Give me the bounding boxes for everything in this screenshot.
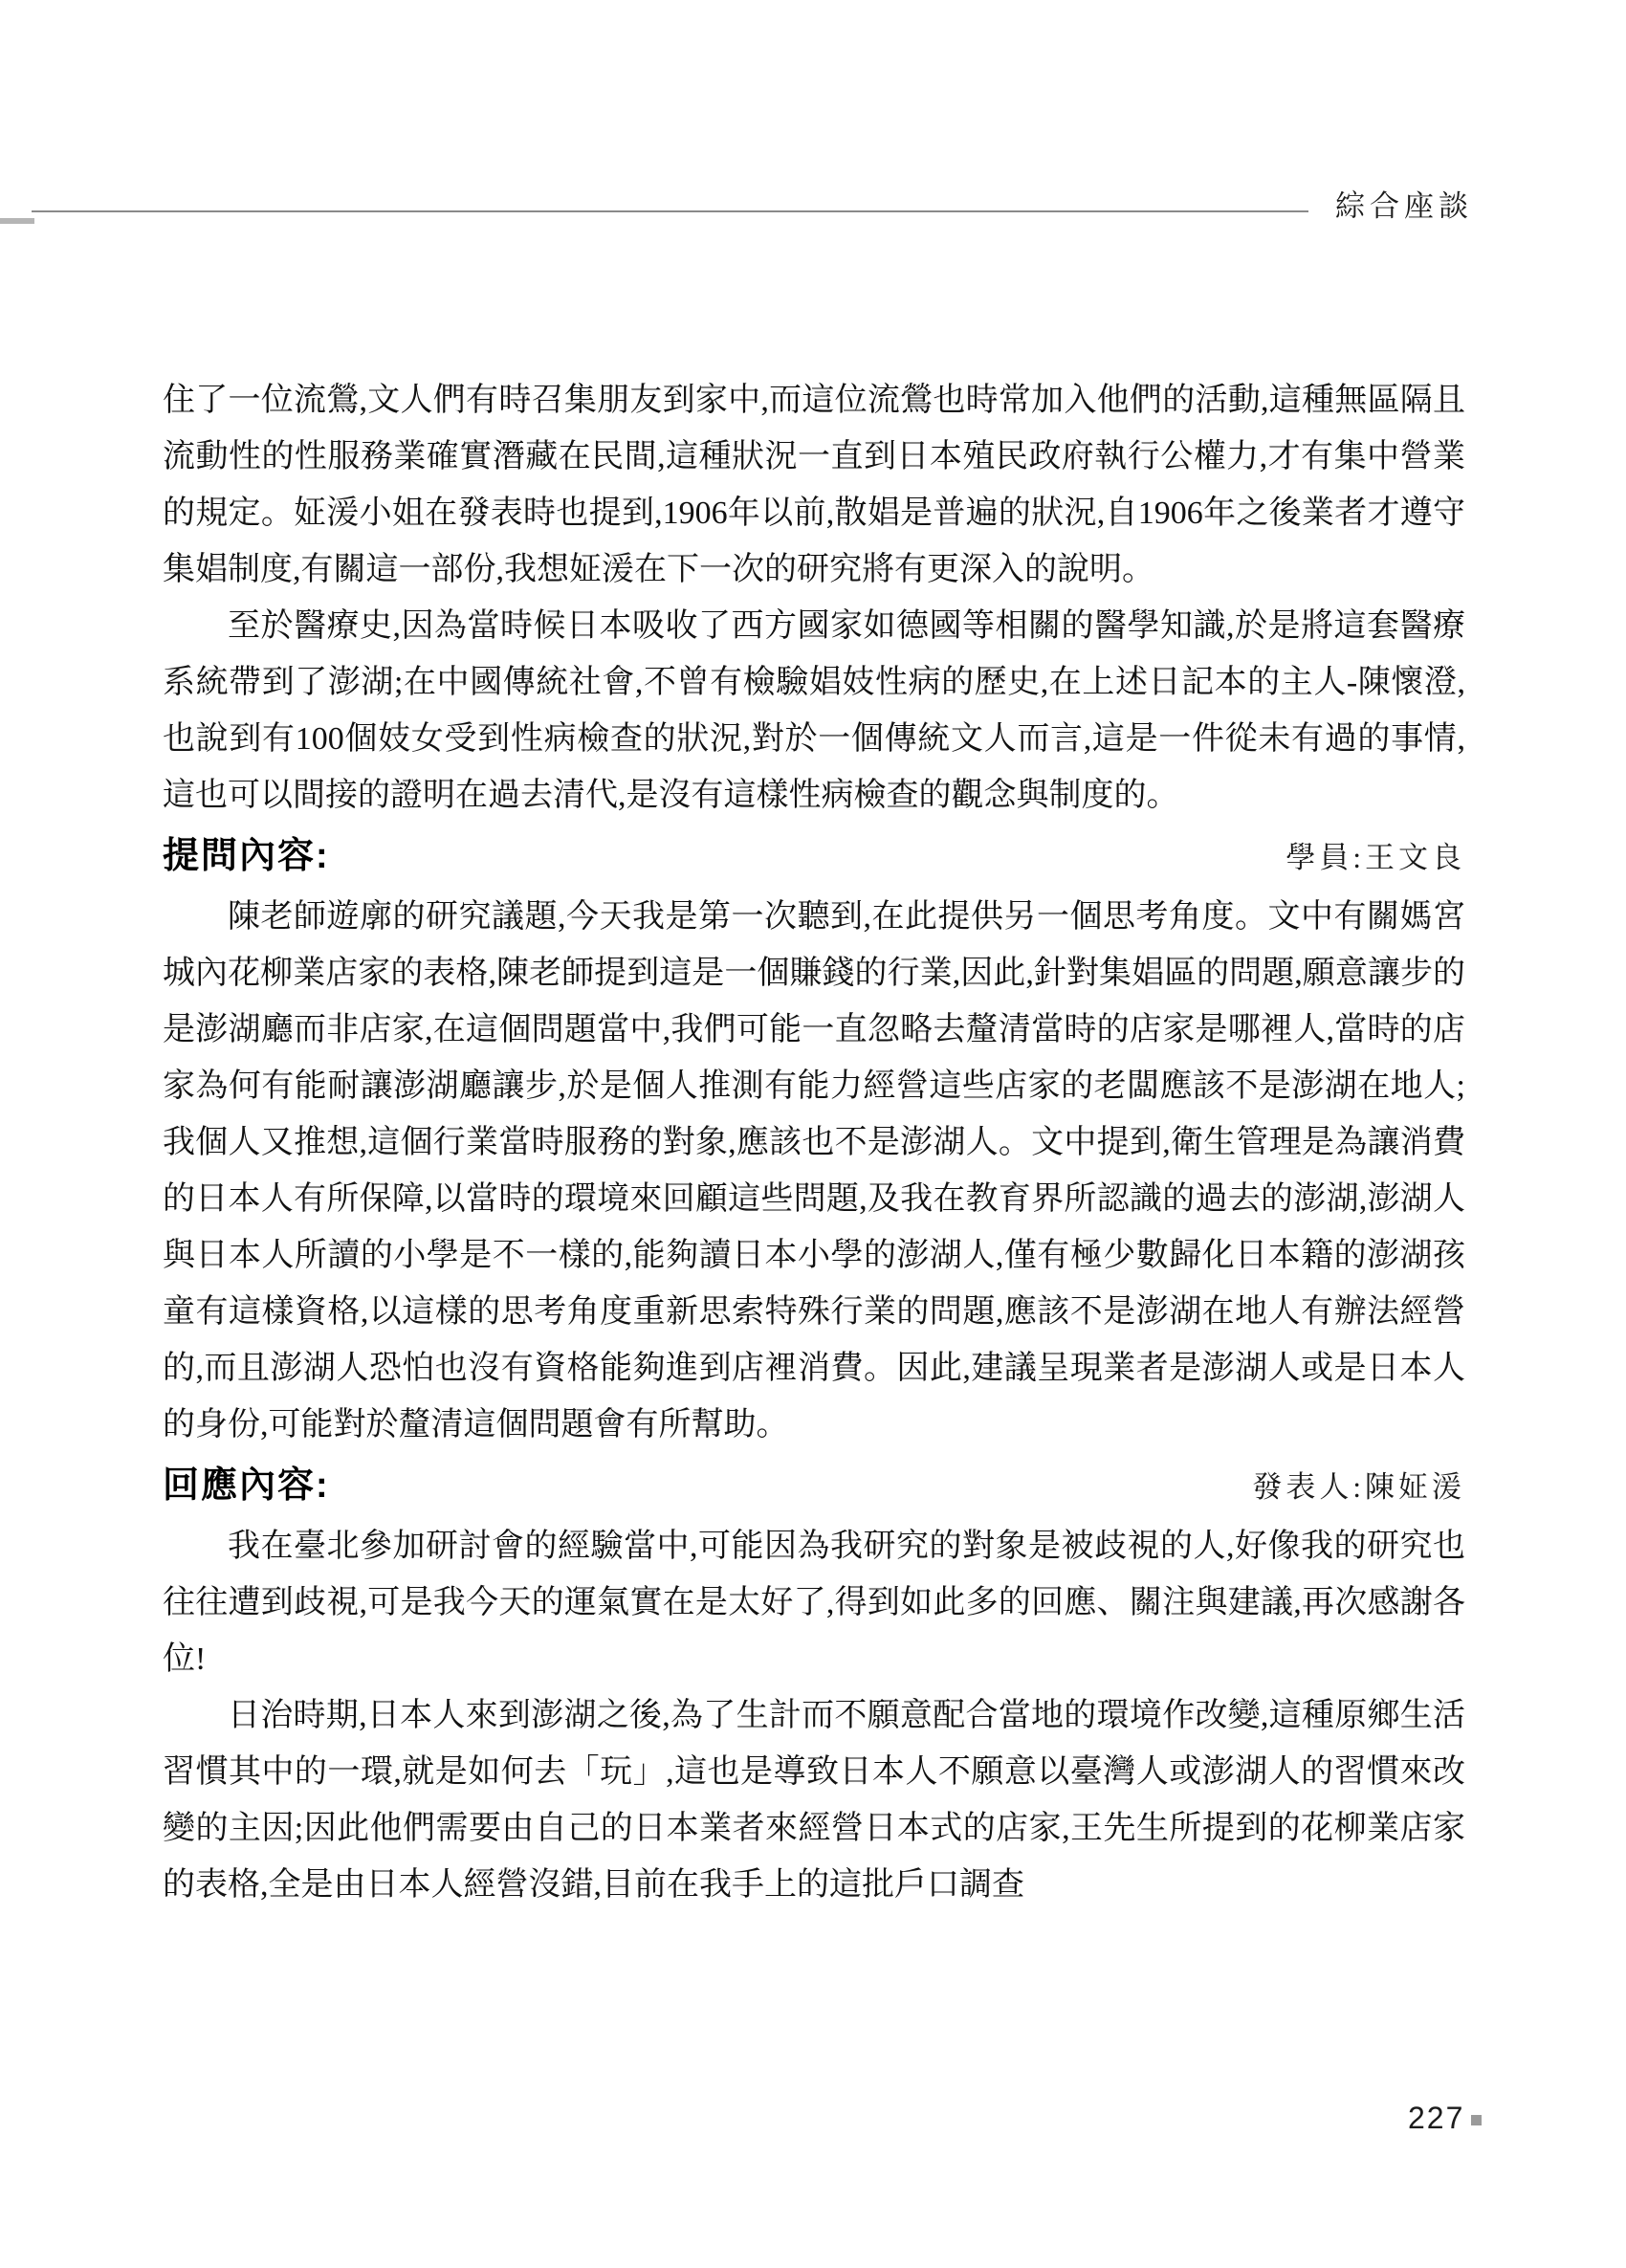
paragraph-continuation: 住了一位流鶯,文人們有時召集朋友到家中,而這位流鶯也時常加入他們的活動,這種無區… — [163, 372, 1465, 598]
header-divider — [32, 210, 1308, 212]
running-header-title: 綜合座談 — [1335, 182, 1473, 225]
paragraph-medical-history: 至於醫療史,因為當時候日本吸收了西方國家如德國等相關的醫學知識,於是將這套醫療系… — [163, 598, 1465, 824]
question-speaker-label: 學員:王文良 — [1285, 829, 1465, 886]
page-edge-mark — [0, 218, 34, 224]
question-heading: 提問內容: — [163, 828, 330, 885]
response-paragraph-japanese-era: 日治時期,日本人來到澎湖之後,為了生計而不願意配合當地的環境作改變,這種原鄉生活… — [163, 1687, 1465, 1913]
question-section-header: 提問內容: 學員:王文良 — [163, 828, 1465, 886]
question-paragraph: 陳老師遊廓的研究議題,今天我是第一次聽到,在此提供另一個思考角度。文中有關媽宮城… — [163, 889, 1465, 1453]
article-body: 住了一位流鶯,文人們有時召集朋友到家中,而這位流鶯也時常加入他們的活動,這種無區… — [163, 372, 1465, 1913]
response-speaker-label: 發表人:陳姃湲 — [1252, 1459, 1465, 1515]
response-paragraph-thanks: 我在臺北參加研討會的經驗當中,可能因為我研究的對象是被歧視的人,好像我的研究也往… — [163, 1518, 1465, 1687]
page-number-marker — [1471, 2115, 1482, 2125]
page-number: 227 — [1408, 2101, 1464, 2136]
response-section-header: 回應內容: 發表人:陳姃湲 — [163, 1458, 1465, 1515]
response-heading: 回應內容: — [163, 1458, 330, 1514]
